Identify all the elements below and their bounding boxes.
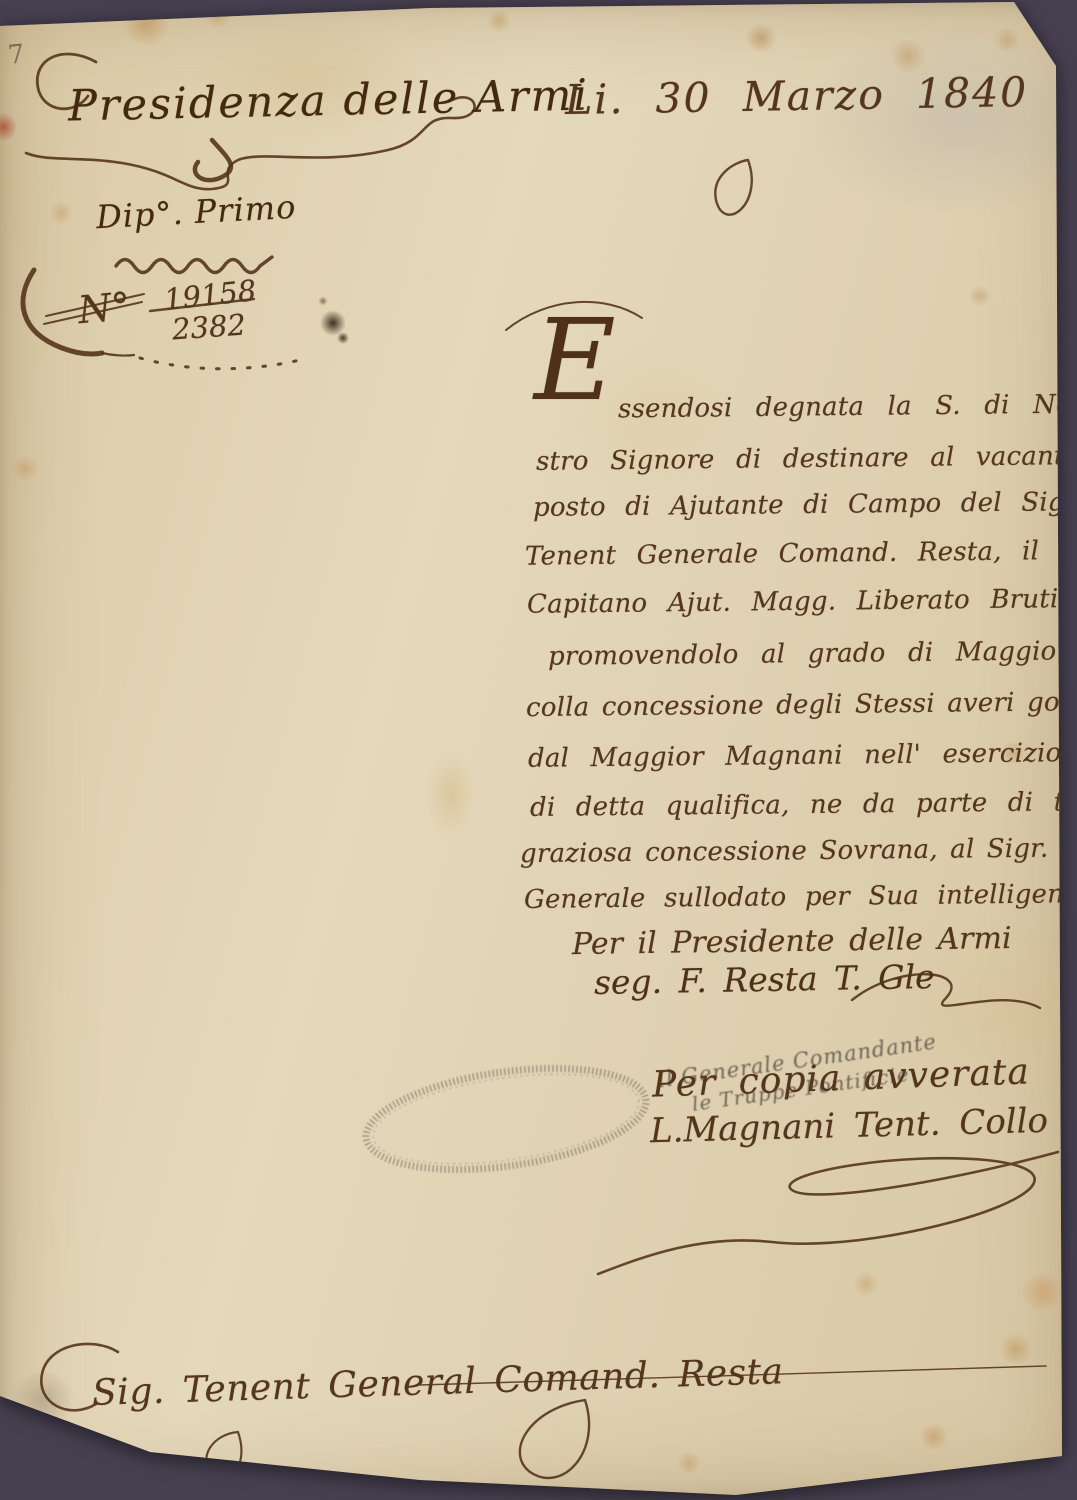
drop-cap: E (534, 296, 616, 426)
body-line: dal Maggior Magnani nell' esercizio (528, 738, 1062, 774)
protocol-denominator: 2382 (171, 307, 247, 346)
protocol-label: N° (76, 284, 132, 332)
body-line: Capitano Ajut. Magg. Liberato Bruti (527, 584, 1059, 620)
body-line: Generale sullodato per Sua intelligenza. (524, 879, 1077, 915)
body-line: posto di Ajutante di Campo del Sigr. (533, 487, 1077, 523)
page-number-annotation: 7 (6, 39, 26, 71)
closing-signature: seg. F. Resta T. Gle (594, 957, 935, 1002)
body-line: ssendosi degnata la S. di No, (618, 390, 1077, 425)
body-line: di detta qualifica, ne da parte di tal (530, 787, 1077, 823)
letter-page: 7 Presidenza delle Armi Li. 30 Marzo 184… (0, 0, 1077, 1500)
body-line: promovendolo al grado di Maggiore (548, 636, 1077, 672)
closing-per-line: Per il Presidente delle Armi (572, 921, 1012, 962)
dateline: Li. 30 Marzo 1840 (565, 68, 1029, 124)
scanned-letter: 7 Presidenza delle Armi Li. 30 Marzo 184… (0, 0, 1077, 1500)
body-line: stro Signore di destinare al vacante (536, 441, 1077, 477)
body-line: graziosa concessione Sovrana, al Sigr. T… (520, 833, 1077, 869)
body-line: Tenent Generale Comand. Resta, il (525, 536, 1039, 571)
body-line: colla concessione degli Stessi averi god… (526, 687, 1077, 723)
